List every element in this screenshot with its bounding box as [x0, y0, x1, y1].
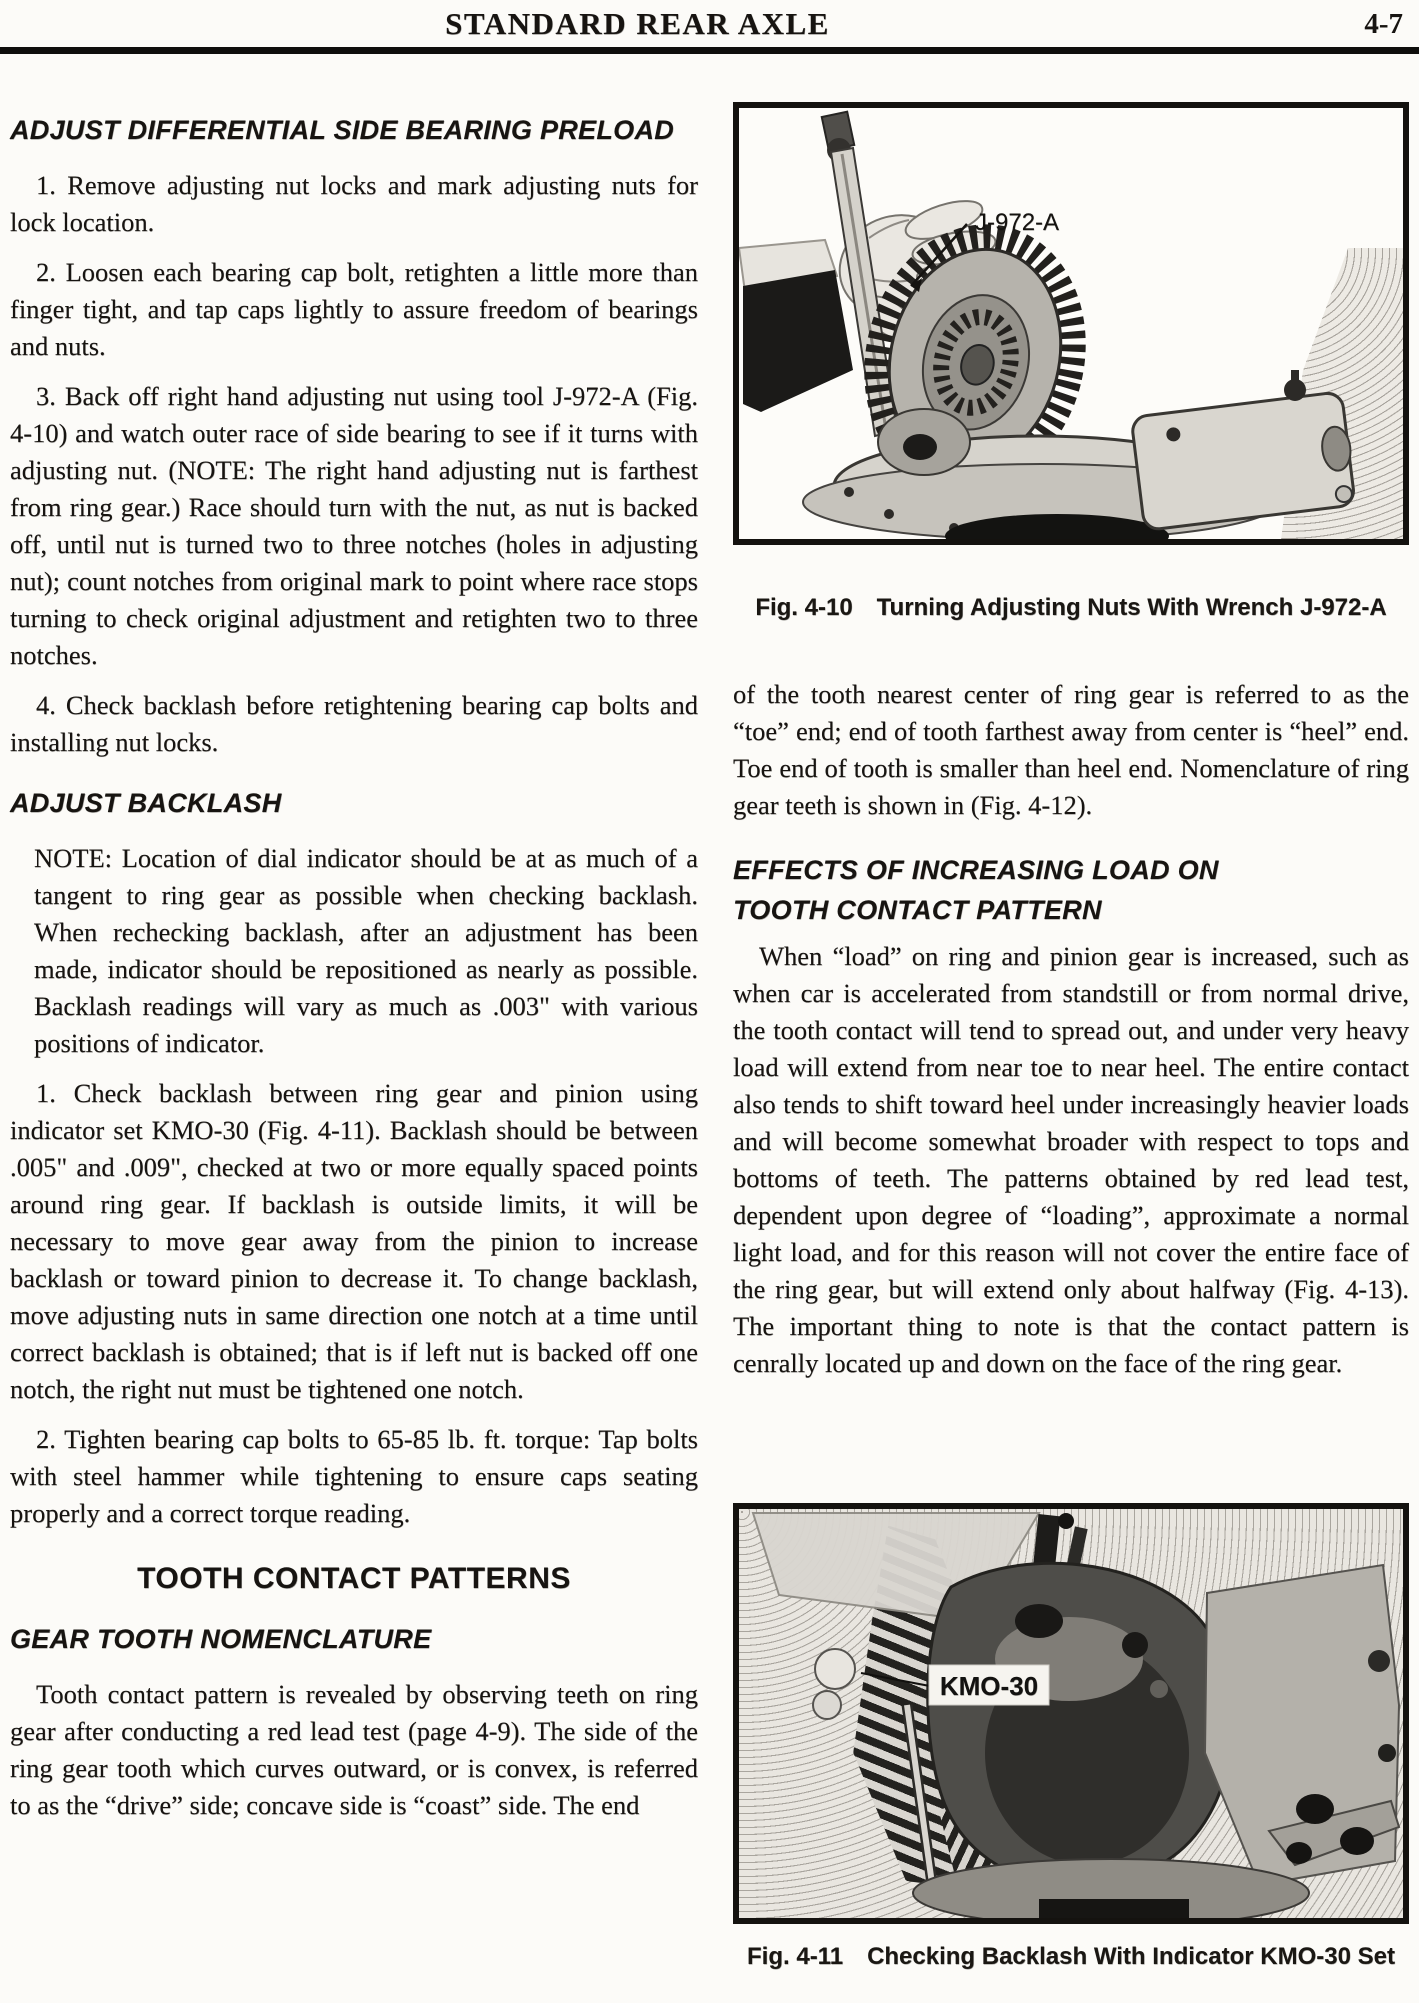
step-paragraph-preload-4: 4. Check backlash before retightening be…: [10, 687, 698, 761]
bearing-cap-and-bolts-illustration: [1205, 1565, 1399, 1885]
fig-4-11-illustration: KMO-30: [739, 1509, 1403, 1918]
left-column: ADJUST DIFFERENTIAL SIDE BEARING PRELOAD…: [10, 112, 698, 1837]
figure-4-10-photo: J-972-A: [733, 102, 1409, 545]
heading-gear-tooth-nomenclature: GEAR TOOTH NOMENCLATURE: [10, 1621, 698, 1658]
heading-tooth-contact-patterns: TOOTH CONTACT PATTERNS: [10, 1560, 698, 1597]
step-paragraph-preload-2: 2. Loosen each bearing cap bolt, retight…: [10, 254, 698, 365]
figure-4-11-photo: KMO-30: [733, 1503, 1409, 1924]
figure-number: Fig. 4-10: [755, 589, 852, 626]
callout-label-j972a: J-972-A: [975, 209, 1059, 236]
nomenclature-paragraph: Tooth contact pattern is revealed by obs…: [10, 1676, 698, 1824]
fig-4-10-illustration: J-972-A: [739, 108, 1403, 539]
figure-number: Fig. 4-11: [747, 1938, 843, 1975]
step-paragraph-backlash-2: 2. Tighten bearing cap bolts to 65-85 lb…: [10, 1421, 698, 1532]
step-paragraph-preload-1: 1. Remove adjusting nut locks and mark a…: [10, 167, 698, 241]
continuation-paragraph: of the tooth nearest center of ring gear…: [733, 676, 1409, 824]
page-number: 4-7: [1364, 8, 1403, 41]
figure-4-10-caption: Fig. 4-10 Turning Adjusting Nuts With Wr…: [733, 589, 1409, 626]
note-paragraph: NOTE: Location of dial indicator should …: [34, 840, 698, 1062]
differential-case-illustration: [928, 1563, 1233, 1885]
manual-page: STANDARD REAR AXLE 4-7 ADJUST DIFFERENTI…: [0, 0, 1419, 2003]
step-paragraph-backlash-1: 1. Check backlash between ring gear and …: [10, 1075, 698, 1408]
step-paragraph-preload-3: 3. Back off right hand adjusting nut usi…: [10, 378, 698, 674]
carrier-base-illustration: [913, 1859, 1309, 1918]
page-title: STANDARD REAR AXLE: [0, 6, 1275, 42]
header-rule: [0, 47, 1419, 54]
figure-caption-text: Checking Backlash With Indicator KMO-30 …: [867, 1938, 1395, 1975]
heading-adjust-differential-side-bearing-preload: ADJUST DIFFERENTIAL SIDE BEARING PRELOAD: [10, 112, 698, 149]
dial-indicator-rod-illustration: [813, 1649, 935, 1905]
axle-housing-part-illustration: [1131, 370, 1357, 531]
effects-paragraph: When “load” on ring and pinion gear is i…: [733, 938, 1409, 1382]
callout-kmo30: KMO-30: [861, 1665, 1049, 1705]
callout-label-kmo30: KMO-30: [940, 1671, 1038, 1701]
heading-line-1: EFFECTS OF INCREASING LOAD ON: [733, 850, 1409, 890]
figure-caption-text: Turning Adjusting Nuts With Wrench J-972…: [877, 589, 1387, 626]
heading-effects-of-increasing-load: EFFECTS OF INCREASING LOAD ON TOOTH CONT…: [733, 850, 1409, 930]
figure-4-11-caption: Fig. 4-11 Checking Backlash With Indicat…: [733, 1938, 1409, 1975]
right-column: J-972-A Fig. 4-10 Turning Adjusting Nuts…: [733, 100, 1409, 2003]
heading-line-2: TOOTH CONTACT PATTERN: [733, 890, 1409, 930]
heading-adjust-backlash: ADJUST BACKLASH: [10, 785, 698, 822]
